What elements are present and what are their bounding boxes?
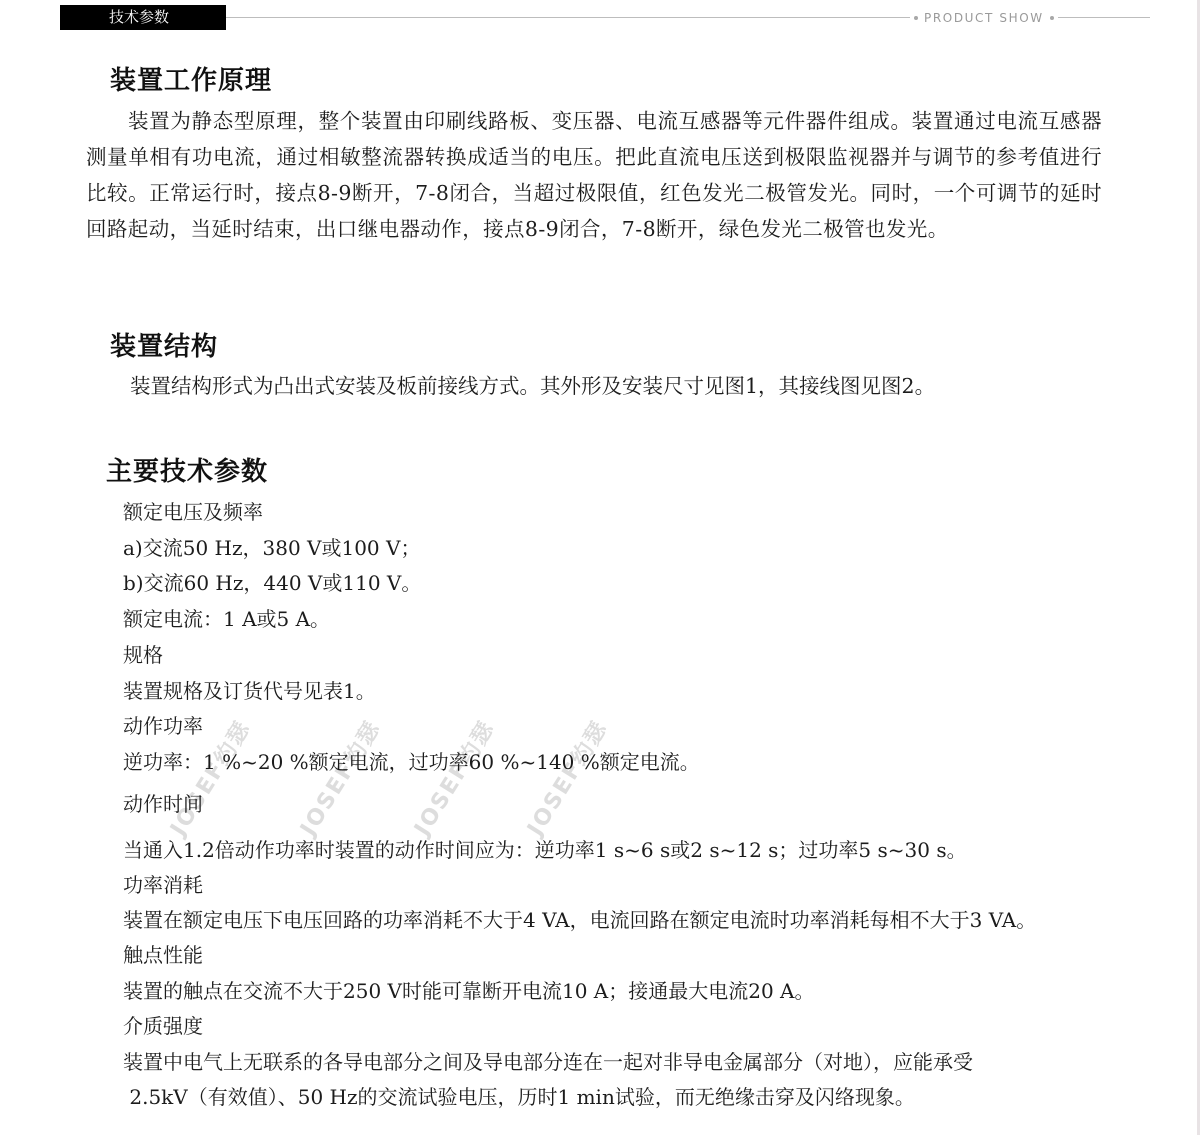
dot-icon: [914, 16, 918, 20]
product-show-label: PRODUCT SHOW: [910, 9, 1058, 27]
param-line: 装置在额定电压下电压回路的功率消耗不大于4 VA，电流回路在额定电流时功率消耗每…: [123, 906, 1036, 934]
heading-params: 主要技术参数: [106, 451, 268, 488]
param-label-contact: 触点性能: [123, 941, 203, 969]
param-line: 装置的触点在交流不大于250 V时能可靠断开电流10 A；接通最大电流20 A。: [123, 977, 814, 1005]
section-tag: 技术参数: [60, 5, 226, 30]
param-line: 当通入1.2倍动作功率时装置的动作时间应为：逆功率1 s~6 s或2 s~12 …: [123, 836, 967, 864]
principle-paragraph: 装置为静态型原理，整个装置由印刷线路板、变压器、电流互感器等元件器件组成。装置通…: [86, 103, 1102, 247]
param-line: 2.5kV（有效值）、50 Hz的交流试验电压，历时1 min试验，而无绝缘击穿…: [123, 1083, 915, 1111]
param-label-dielectric: 介质强度: [123, 1012, 203, 1040]
section-header: 技术参数 PRODUCT SHOW: [0, 0, 1200, 34]
param-label-spec: 规格: [123, 641, 163, 669]
structure-paragraph: 装置结构形式为凸出式安装及板前接线方式。其外形及安装尺寸见图1，其接线图见图2。: [130, 368, 1030, 404]
heading-principle: 装置工作原理: [110, 60, 272, 97]
param-line: 逆功率：1 %~20 %额定电流，过功率60 %~140 %额定电流。: [123, 748, 700, 776]
dot-icon: [1050, 16, 1054, 20]
watermark: JOSEF约瑟: [406, 714, 502, 841]
param-line: 装置规格及订货代号见表1。: [123, 677, 376, 705]
param-label-action-time: 动作时间: [123, 790, 203, 818]
param-label-action-power: 动作功率: [123, 712, 203, 740]
heading-structure: 装置结构: [110, 326, 218, 363]
param-label-rated-voltage: 额定电压及频率: [123, 498, 263, 526]
param-label-power-consumption: 功率消耗: [123, 871, 203, 899]
param-line: a)交流50 Hz，380 V或100 V；: [123, 534, 420, 562]
product-show-text: PRODUCT SHOW: [924, 9, 1044, 27]
param-line: b)交流60 Hz，440 V或110 V。: [123, 569, 421, 597]
param-line: 额定电流：1 A或5 A。: [123, 605, 330, 633]
param-line: 装置中电气上无联系的各导电部分之间及导电部分连在一起对非导电金属部分（对地），应…: [123, 1048, 973, 1076]
watermark: JOSEF约瑟: [292, 714, 388, 841]
watermark: JOSEF约瑟: [519, 714, 615, 841]
